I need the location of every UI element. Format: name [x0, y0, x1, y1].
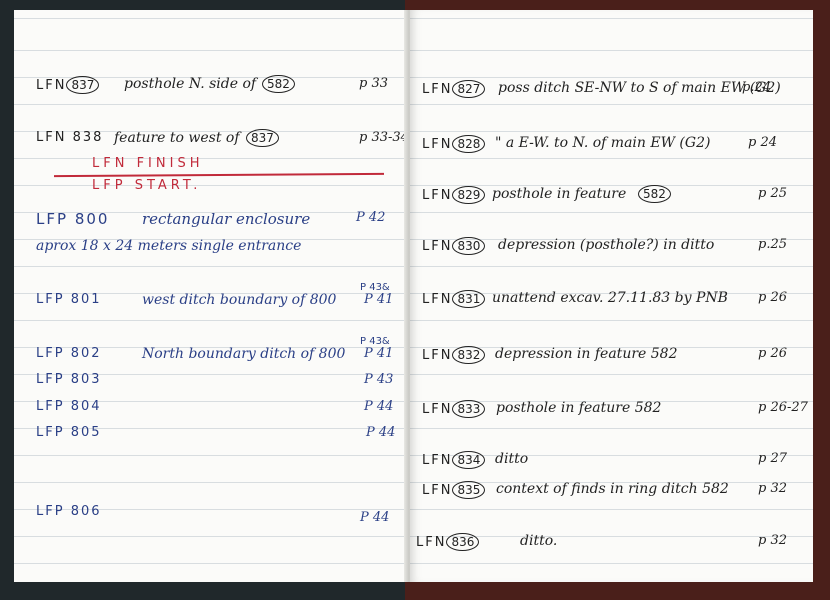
entry-lfn-827: LFN827poss ditch SE-NW to S of main EW (… — [410, 80, 813, 106]
entry-page: P 42 — [356, 210, 385, 225]
entry-number: 838 — [73, 130, 104, 145]
entry-number: 802 — [71, 346, 102, 361]
entry-description: west ditch boundary of 800 — [142, 292, 336, 308]
circled-number: 836 — [446, 533, 479, 551]
circled-number: 832 — [452, 346, 485, 364]
entry-description: depression (posthole?) in ditto — [498, 237, 714, 253]
entry-lfn-834: LFN834dittop 27 — [410, 451, 813, 477]
entry-page: P 43 — [364, 372, 393, 387]
entry-prefix: LFN — [422, 402, 452, 417]
circled-number: 828 — [452, 135, 485, 153]
entry-prefix: LFN — [36, 130, 66, 145]
entry-lfn-829: LFN829posthole in feature582p 25 — [410, 186, 813, 212]
entry-lfp-801: P 43& LFP 801 west ditch boundary of 800… — [14, 292, 414, 318]
entry-lfp-806: LFP 806 P 44 — [14, 504, 414, 530]
entry-description: unattend excav. 27.11.83 by PNB — [492, 290, 728, 306]
entry-number: 804 — [71, 399, 102, 414]
entry-description: posthole N. side of — [124, 76, 256, 92]
entry-prefix: LFN — [422, 453, 452, 468]
entry-description-cont: aprox 18 x 24 meters single entrance — [36, 238, 301, 254]
entry-lfp-800: LFP 800 rectangular enclosure P 42 — [14, 210, 414, 236]
entry-prefix: LFP — [36, 346, 65, 361]
entry-description: North boundary ditch of 800 — [142, 346, 345, 362]
entry-prefix: LFP — [36, 210, 68, 228]
entry-lfp-803: LFP 803 P 43 — [14, 372, 414, 398]
entry-lfp-800-line2: aprox 18 x 24 meters single entrance — [14, 238, 414, 264]
entry-page: p 32 — [758, 533, 787, 548]
entry-description: posthole in feature — [492, 186, 626, 202]
entry-page: p 26 — [758, 346, 787, 361]
circled-number: 835 — [452, 481, 485, 499]
entry-lfn-832: LFN832depression in feature 582p 26 — [410, 346, 813, 372]
circled-number: 830 — [452, 237, 485, 255]
entry-description: context of finds in ring ditch 582 — [496, 481, 729, 497]
entry-page: p 33 — [359, 76, 388, 91]
divider-lfp-start: LFP START. — [92, 178, 414, 204]
circled-number: 831 — [452, 290, 485, 308]
entry-description: posthole in feature 582 — [496, 400, 661, 416]
entry-prefix: LFN — [416, 535, 446, 550]
entry-lfn-836: LFN836ditto.p 32 — [410, 533, 813, 559]
entry-lfn-837: LFN837 posthole N. side of 582 p 33 — [14, 76, 414, 102]
entry-description: poss ditch SE-NW to S of main EW (G2) — [498, 80, 781, 96]
entry-prefix: LFN — [422, 137, 452, 152]
entry-page: p.24 — [742, 80, 771, 95]
entry-lfn-838: LFN 838 feature to west of 837 p 33-34 — [14, 130, 414, 156]
entry-lfp-804: LFP 804 P 44 — [14, 399, 414, 425]
right-page: LFN827poss ditch SE-NW to S of main EW (… — [410, 10, 813, 582]
entry-prefix: LFN — [422, 483, 452, 498]
entry-description: ditto — [495, 451, 528, 467]
entry-lfn-835: LFN835context of finds in ring ditch 582… — [410, 481, 813, 507]
entry-number: 801 — [71, 292, 102, 307]
entry-number: 805 — [71, 425, 102, 440]
entry-page: p 25 — [758, 186, 787, 201]
entry-prefix: LFN — [422, 292, 452, 307]
entry-prefix: LFN — [36, 78, 66, 93]
entry-prefix: LFP — [36, 504, 65, 519]
entry-page: p 26-27 — [758, 400, 808, 415]
circled-ref: 837 — [246, 129, 279, 147]
entry-page: p 33-34 — [359, 130, 409, 145]
entry-lfn-828: LFN828" a E-W. to N. of main EW (G2)p 24 — [410, 135, 813, 161]
entry-prefix: LFN — [422, 239, 452, 254]
entry-lfn-830: LFN830depression (posthole?) in dittop.2… — [410, 237, 813, 263]
entry-prefix: LFP — [36, 425, 65, 440]
entry-lfn-833: LFN833posthole in feature 582p 26-27 — [410, 400, 813, 426]
circled-number: 837 — [66, 76, 99, 94]
entry-prefix: LFP — [36, 292, 65, 307]
entry-page: p 24 — [748, 135, 777, 150]
circled-number: 834 — [452, 451, 485, 469]
entry-lfn-831: LFN831unattend excav. 27.11.83 by PNBp 2… — [410, 290, 813, 316]
entry-page: p.25 — [758, 237, 787, 252]
entry-page: P 44 — [360, 510, 389, 525]
circled-ref: 582 — [638, 185, 671, 203]
entry-prefix: LFN — [422, 348, 452, 363]
entry-lfp-802: P 43& LFP 802 North boundary ditch of 80… — [14, 346, 414, 372]
entry-page: p 27 — [758, 451, 787, 466]
entry-number: 806 — [71, 504, 102, 519]
entry-description: feature to west of — [114, 130, 240, 146]
circled-number: 827 — [452, 80, 485, 98]
entry-description: ditto. — [520, 533, 557, 549]
circled-number: 829 — [452, 186, 485, 204]
circled-ref: 582 — [262, 75, 295, 93]
entry-page: P 44 — [366, 425, 395, 440]
entry-description: depression in feature 582 — [495, 346, 677, 362]
entry-prefix: LFP — [36, 372, 65, 387]
entry-lfp-805: LFP 805 P 44 — [14, 425, 414, 451]
entry-page: P 41 — [364, 292, 393, 307]
entry-prefix: LFN — [422, 188, 452, 203]
entry-page: P 41 — [364, 346, 393, 361]
entry-page: p 32 — [758, 481, 787, 496]
entry-number: 803 — [71, 372, 102, 387]
entry-number: 800 — [75, 210, 110, 228]
entry-prefix: LFN — [422, 82, 452, 97]
left-page: LFN837 posthole N. side of 582 p 33 LFN … — [14, 10, 415, 582]
entry-description: " a E-W. to N. of main EW (G2) — [495, 135, 710, 151]
entry-page: p 26 — [758, 290, 787, 305]
entry-description: rectangular enclosure — [142, 210, 310, 228]
circled-number: 833 — [452, 400, 485, 418]
entry-page: P 44 — [364, 399, 393, 414]
entry-prefix: LFP — [36, 399, 65, 414]
